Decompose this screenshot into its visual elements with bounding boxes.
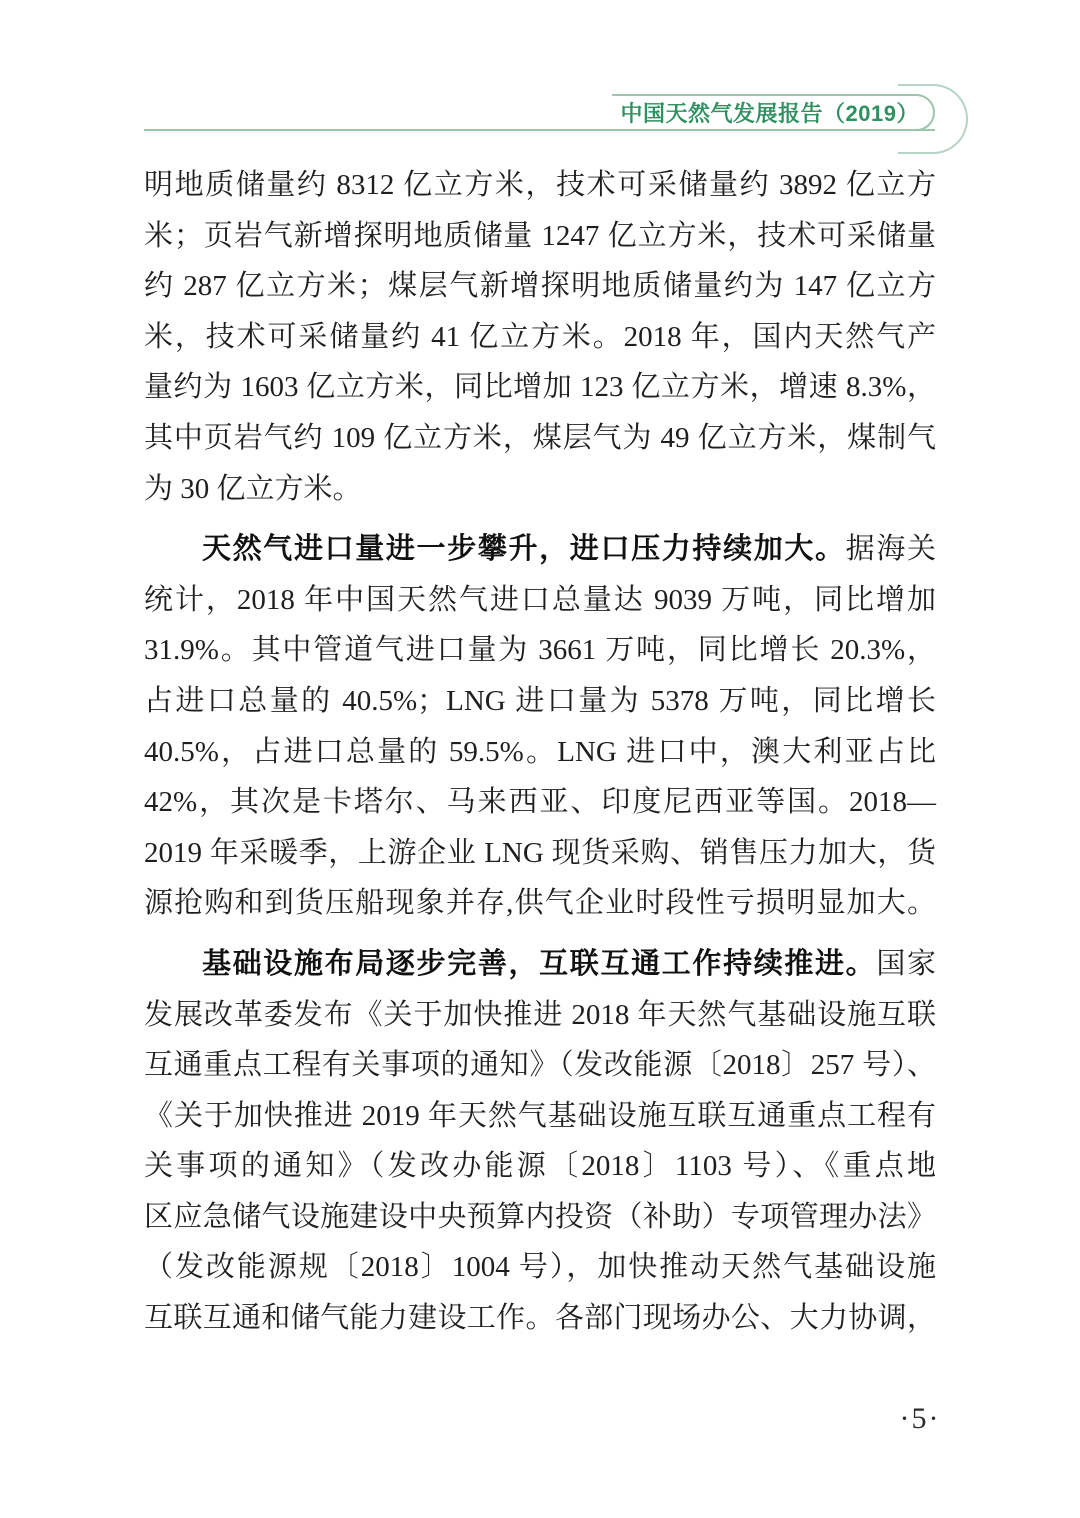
text-line: 2019 年采暖季，上游企业 LNG 现货采购、销售压力加大，货 [144, 828, 936, 879]
line-text: 米；页岩气新增探明地质储量 1247 亿立方米，技术可采储量 [144, 220, 936, 252]
text-line: 其中页岩气约 109 亿立方米，煤层气为 49 亿立方米，煤制气 [144, 413, 936, 464]
line-text: （发改能源规〔2018〕1004 号），加快推动天然气基础设施 [144, 1251, 936, 1283]
text-line: 《关于加快推进 2019 年天然气基础设施互联互通重点工程有 [144, 1091, 936, 1142]
text-line: 源抢购和到货压船现象并存,供气企业时段性亏损明显加大。 [144, 878, 936, 929]
line-text: 米，技术可采储量约 41 亿立方米。2018 年，国内天然气产 [144, 321, 936, 353]
bold-lead-text: 天然气进口量进一步攀升，进口压力持续加大。 [202, 533, 846, 565]
line-text: 统计，2018 年中国天然气进口总量达 9039 万吨，同比增加 [144, 584, 936, 616]
line-text: 其中页岩气约 109 亿立方米，煤层气为 49 亿立方米，煤制气 [144, 422, 936, 454]
text-line: 统计，2018 年中国天然气进口总量达 9039 万吨，同比增加 [144, 575, 936, 626]
paragraph-infrastructure: 基础设施布局逐步完善，互联互通工作持续推进。国家 发展改革委发布《关于加快推进 … [144, 939, 936, 1344]
document-page: 中国天然气发展报告（2019） 明地质储量约 8312 亿立方米，技术可采储量约… [0, 0, 1080, 1518]
header-title-capsule: 中国天然气发展报告（2019） [612, 94, 935, 131]
line-text: 量约为 1603 亿立方米，同比增加 123 亿立方米，增速 8.3%， [144, 371, 936, 403]
body-text-block: 明地质储量约 8312 亿立方米，技术可采储量约 3892 亿立方 米；页岩气新… [144, 160, 936, 1344]
line-text: 2019 年采暖季，上游企业 LNG 现货采购、销售压力加大，货 [144, 837, 936, 869]
line-text: 《关于加快推进 2019 年天然气基础设施互联互通重点工程有 [144, 1100, 936, 1132]
line-text: 发展改革委发布《关于加快推进 2018 年天然气基础设施互联 [144, 999, 936, 1031]
line-text: 为 30 亿立方米。 [144, 473, 362, 505]
text-line: 关事项的通知》（发改办能源〔2018〕1103 号）、《重点地 [144, 1141, 936, 1192]
page-number: ·5· [884, 1402, 956, 1436]
line-text: 明地质储量约 8312 亿立方米，技术可采储量约 3892 亿立方 [144, 169, 936, 201]
line-text: 42%，其次是卡塔尔、马来西亚、印度尼西亚等国。2018— [144, 786, 936, 818]
paragraph-imports: 天然气进口量进一步攀升，进口压力持续加大。据海关 统计，2018 年中国天然气进… [144, 524, 936, 929]
text-line: 42%，其次是卡塔尔、马来西亚、印度尼西亚等国。2018— [144, 777, 936, 828]
text-line: 量约为 1603 亿立方米，同比增加 123 亿立方米，增速 8.3%， [144, 362, 936, 413]
text-line: 互联互通和储气能力建设工作。各部门现场办公、大力协调， [144, 1293, 936, 1344]
bold-lead-text: 基础设施布局逐步完善，互联互通工作持续推进。 [202, 948, 876, 980]
text-line: 基础设施布局逐步完善，互联互通工作持续推进。国家 [144, 939, 936, 990]
line-text: 据海关 [846, 533, 936, 565]
text-line: 31.9%。其中管道气进口量为 3661 万吨，同比增长 20.3%， [144, 625, 936, 676]
text-line: 区应急储气设施建设中央预算内投资（补助）专项管理办法》 [144, 1192, 936, 1243]
line-text: 40.5%，占进口总量的 59.5%。LNG 进口中，澳大利亚占比 [144, 736, 936, 768]
line-text: 区应急储气设施建设中央预算内投资（补助）专项管理办法》 [144, 1201, 936, 1233]
text-line: 天然气进口量进一步攀升，进口压力持续加大。据海关 [144, 524, 936, 575]
text-line: 为 30 亿立方米。 [144, 464, 936, 515]
line-text: 占进口总量的 40.5%；LNG 进口量为 5378 万吨，同比增长 [144, 685, 936, 717]
line-text: 关事项的通知》（发改办能源〔2018〕1103 号）、《重点地 [144, 1150, 936, 1182]
text-line: 占进口总量的 40.5%；LNG 进口量为 5378 万吨，同比增长 [144, 676, 936, 727]
text-line: （发改能源规〔2018〕1004 号），加快推动天然气基础设施 [144, 1242, 936, 1293]
text-line: 明地质储量约 8312 亿立方米，技术可采储量约 3892 亿立方 [144, 160, 936, 211]
line-text: 源抢购和到货压船现象并存,供气企业时段性亏损明显加大。 [144, 887, 936, 919]
text-line: 米，技术可采储量约 41 亿立方米。2018 年，国内天然气产 [144, 312, 936, 363]
line-text: 互联互通和储气能力建设工作。各部门现场办公、大力协调， [144, 1302, 936, 1334]
line-text: 31.9%。其中管道气进口量为 3661 万吨，同比增长 20.3%， [144, 634, 936, 666]
text-line: 40.5%，占进口总量的 59.5%。LNG 进口中，澳大利亚占比 [144, 727, 936, 778]
text-line: 约 287 亿立方米；煤层气新增探明地质储量约为 147 亿立方 [144, 261, 936, 312]
line-text: 国家 [876, 948, 936, 980]
paragraph-reserves: 明地质储量约 8312 亿立方米，技术可采储量约 3892 亿立方 米；页岩气新… [144, 160, 936, 514]
line-text: 约 287 亿立方米；煤层气新增探明地质储量约为 147 亿立方 [144, 270, 936, 302]
line-text: 互通重点工程有关事项的通知》（发改能源〔2018〕257 号）、 [144, 1049, 936, 1081]
page-header-title: 中国天然气发展报告（2019） [621, 97, 919, 128]
text-line: 米；页岩气新增探明地质储量 1247 亿立方米，技术可采储量 [144, 211, 936, 262]
text-line: 互通重点工程有关事项的通知》（发改能源〔2018〕257 号）、 [144, 1040, 936, 1091]
text-line: 发展改革委发布《关于加快推进 2018 年天然气基础设施互联 [144, 990, 936, 1041]
